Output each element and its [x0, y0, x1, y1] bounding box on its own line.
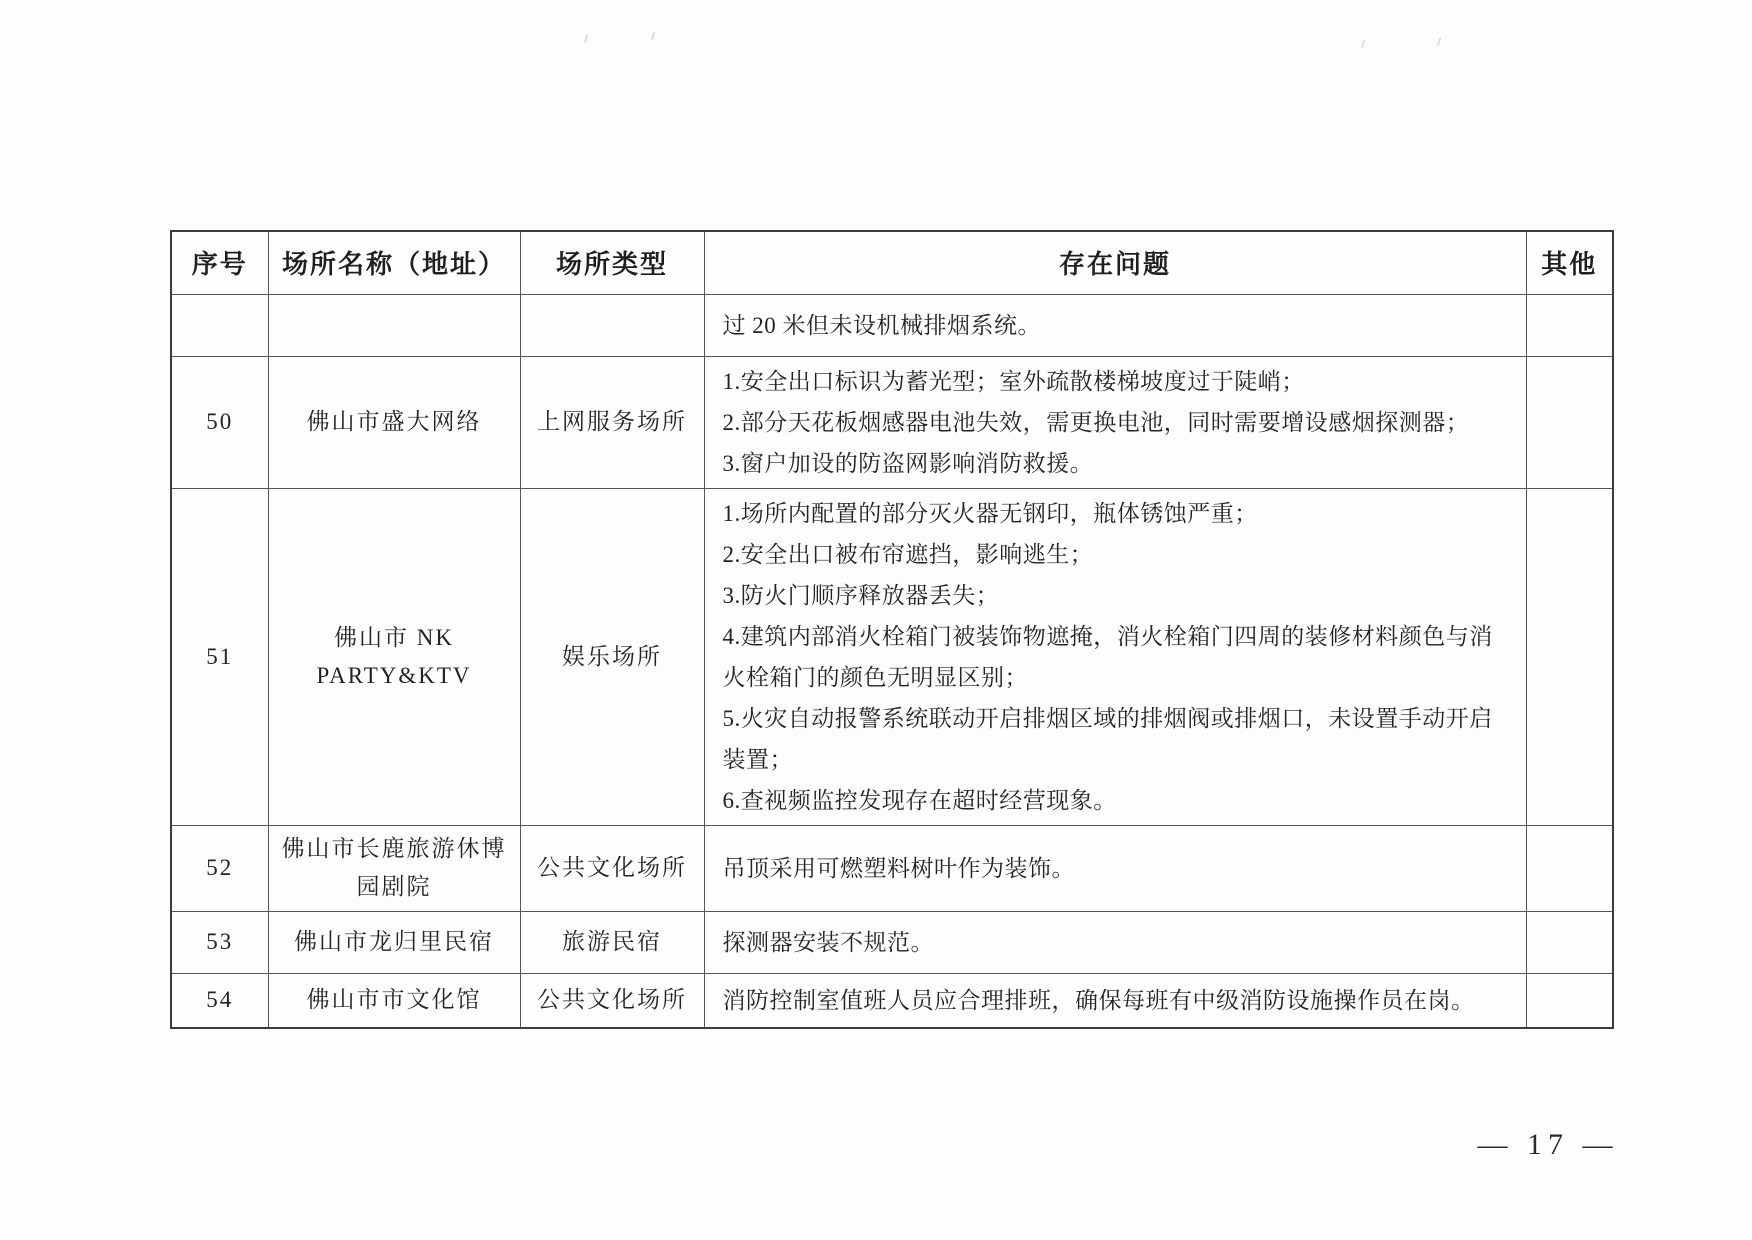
problem-item: 2.部分天花板烟感器电池失效，需更换电池，同时需要增设感烟探测器；	[723, 402, 1512, 443]
cell-other	[1526, 356, 1613, 488]
cell-type: 上网服务场所	[520, 356, 704, 488]
table-row-54: 54 佛山市市文化馆 公共文化场所 消防控制室值班人员应合理排班，确保每班有中级…	[171, 973, 1613, 1028]
column-header-other: 其他	[1526, 231, 1613, 294]
problem-item: 2.安全出口被布帘遮挡，影响逃生；	[723, 534, 1512, 575]
problem-item: 1.场所内配置的部分灭火器无钢印，瓶体锈蚀严重；	[723, 493, 1512, 534]
scanned-document-page: 序号 场所名称（地址） 场所类型 存在问题 其他 过 20 米但未设机械排烟系统…	[0, 0, 1752, 1240]
problem-item: 吊顶采用可燃塑料树叶作为装饰。	[723, 848, 1512, 889]
cell-name: 佛山市盛大网络	[268, 356, 520, 488]
column-header-serial: 序号	[171, 231, 268, 294]
cell-other	[1526, 911, 1613, 973]
cell-serial: 52	[171, 825, 268, 911]
inspection-table: 序号 场所名称（地址） 场所类型 存在问题 其他 过 20 米但未设机械排烟系统…	[170, 230, 1614, 1029]
cell-other	[1526, 973, 1613, 1028]
column-header-type: 场所类型	[520, 231, 704, 294]
problem-item: 1.安全出口标识为蓄光型；室外疏散楼梯坡度过于陡峭；	[723, 361, 1512, 402]
problem-item: 5.火灾自动报警系统联动开启排烟区域的排烟阀或排烟口，未设置手动开启装置；	[723, 698, 1512, 780]
problem-item: 探测器安装不规范。	[723, 922, 1512, 963]
cell-name: 佛山市 NK PARTY&KTV	[268, 488, 520, 825]
cell-serial: 50	[171, 356, 268, 488]
cell-other	[1526, 294, 1613, 356]
table-row-52: 52 佛山市长鹿旅游休博园剧院 公共文化场所 吊顶采用可燃塑料树叶作为装饰。	[171, 825, 1613, 911]
page-number: — 17 —	[1468, 1128, 1628, 1162]
cell-serial	[171, 294, 268, 356]
scan-artifact	[1361, 39, 1370, 50]
cell-problems: 吊顶采用可燃塑料树叶作为装饰。	[704, 825, 1526, 911]
cell-problems: 消防控制室值班人员应合理排班，确保每班有中级消防设施操作员在岗。	[704, 973, 1526, 1028]
cell-serial: 51	[171, 488, 268, 825]
cell-problems: 1.场所内配置的部分灭火器无钢印，瓶体锈蚀严重； 2.安全出口被布帘遮挡，影响逃…	[704, 488, 1526, 825]
cell-name: 佛山市市文化馆	[268, 973, 520, 1028]
cell-name: 佛山市长鹿旅游休博园剧院	[268, 825, 520, 911]
column-header-name: 场所名称（地址）	[268, 231, 520, 294]
scan-artifact	[651, 31, 660, 42]
cell-other	[1526, 825, 1613, 911]
problem-item: 过 20 米但未设机械排烟系统。	[723, 305, 1512, 346]
table-row-53: 53 佛山市龙归里民宿 旅游民宿 探测器安装不规范。	[171, 911, 1613, 973]
cell-problems: 1.安全出口标识为蓄光型；室外疏散楼梯坡度过于陡峭； 2.部分天花板烟感器电池失…	[704, 356, 1526, 488]
table-row-50: 50 佛山市盛大网络 上网服务场所 1.安全出口标识为蓄光型；室外疏散楼梯坡度过…	[171, 356, 1613, 488]
problem-item: 3.防火门顺序释放器丢失；	[723, 575, 1512, 616]
cell-type: 公共文化场所	[520, 825, 704, 911]
cell-name	[268, 294, 520, 356]
cell-problems: 探测器安装不规范。	[704, 911, 1526, 973]
table-row-51: 51 佛山市 NK PARTY&KTV 娱乐场所 1.场所内配置的部分灭火器无钢…	[171, 488, 1613, 825]
cell-serial: 53	[171, 911, 268, 973]
column-header-problems: 存在问题	[704, 231, 1526, 294]
cell-type	[520, 294, 704, 356]
cell-type: 公共文化场所	[520, 973, 704, 1028]
cell-type: 娱乐场所	[520, 488, 704, 825]
problem-item: 4.建筑内部消火栓箱门被装饰物遮掩，消火栓箱门四周的装修材料颜色与消火栓箱门的颜…	[723, 616, 1512, 698]
cell-type: 旅游民宿	[520, 911, 704, 973]
table-row-continuation: 过 20 米但未设机械排烟系统。	[171, 294, 1613, 356]
cell-name: 佛山市龙归里民宿	[268, 911, 520, 973]
cell-other	[1526, 488, 1613, 825]
problem-item: 6.查视频监控发现存在超时经营现象。	[723, 780, 1512, 821]
scan-artifact	[584, 34, 593, 45]
problem-item: 消防控制室值班人员应合理排班，确保每班有中级消防设施操作员在岗。	[723, 980, 1512, 1021]
cell-serial: 54	[171, 973, 268, 1028]
cell-problems: 过 20 米但未设机械排烟系统。	[704, 294, 1526, 356]
scan-artifact	[1437, 37, 1446, 48]
problem-item: 3.窗户加设的防盗网影响消防救援。	[723, 443, 1512, 484]
table-header-row: 序号 场所名称（地址） 场所类型 存在问题 其他	[171, 231, 1613, 294]
